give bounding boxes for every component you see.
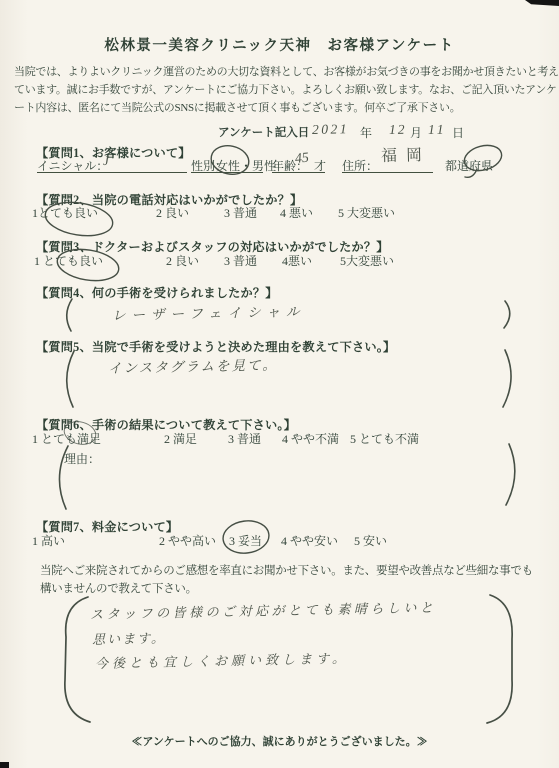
intro-line-2: ています。誠にお手数ですが、アンケートにご協力下さい。よろしくお願い致します。な… [14, 81, 557, 97]
feedback-bracket-right [487, 595, 512, 723]
feedback-answer-line-3: 今後とも宜しくお願い致します。 [95, 648, 349, 672]
q6-reason-label: 理由： [64, 450, 100, 467]
q7-option-1: 1 高い [32, 532, 65, 549]
footer-thanks: ≪アンケートへのご協力、誠にありがとうございました。≫ [0, 733, 559, 749]
date-day-value: 11 [428, 122, 447, 138]
date-day-unit: 日 [452, 124, 464, 141]
q1-prefecture-label: 都道府県 [445, 157, 493, 174]
feedback-prompt-line-2: 構いませんので教えて下さい。 [40, 580, 197, 596]
intro-line-1: 当院では、よりよいクリニック運営のための大切な資料として、お客様がお気づきの事を… [14, 63, 559, 79]
q3-option-3: 3 普通 [224, 252, 257, 269]
q7-option-5: 5 安い [354, 532, 387, 549]
q1-initial-underline [37, 172, 187, 173]
q7-option-4: 4 やや安い [281, 532, 338, 549]
feedback-prompt-line-1: 当院へご来院されてからのご感想を率直にお聞かせ下さい。また、要望や改善点など些細… [40, 562, 533, 578]
q6-option-4: 4 やや不満 [282, 430, 339, 447]
feedback-answer-line-2: 思います。 [92, 627, 166, 648]
intro-line-3: ート内容は、匿名にて当院公式のSNSに掲載させて頂く事もございます。何卒ご了承下… [14, 99, 460, 115]
q4-answer-bracket-left [67, 299, 72, 331]
q1-age-underline [272, 172, 325, 173]
q4-header: 【質問4、何の手術を受けられましたか？】 [36, 284, 278, 301]
q1-address-value: 福岡 [381, 142, 431, 166]
q3-option-1: 1 とても良い [34, 252, 103, 269]
q1-address-underline [342, 172, 433, 173]
feedback-bracket-left [65, 597, 90, 722]
q2-option-2: 2 良い [156, 204, 189, 221]
q7-option-3: 3 妥当 [229, 532, 262, 549]
q4-answer-bracket-right [504, 301, 510, 328]
date-month-value: 12 [389, 122, 407, 138]
feedback-answer-line-1: スタッフの皆様のご対応がとても素晴らしいと [90, 597, 437, 623]
q3-option-5: 5大変悪い [340, 252, 394, 269]
date-year-value: 2021 [312, 121, 349, 138]
q2-option-1: 1とても良い [32, 204, 98, 221]
q1-gender-underline [191, 172, 263, 173]
q1-age-value: 45 [294, 151, 310, 168]
q2-option-3: 3 普通 [224, 204, 257, 221]
survey-scan-page: 松林景一美容クリニック天神 お客様アンケート 当院では、よりよいクリニック運営の… [0, 0, 559, 768]
q4-answer-value: レーザーフェイシャル [112, 300, 306, 324]
q1-initial-value: J [103, 153, 109, 169]
page-title: 松林景一美容クリニック天神 お客様アンケート [0, 34, 559, 55]
q6-reason-bracket-right [506, 444, 515, 505]
q6-option-1: 1 とても満足 [32, 430, 101, 447]
q5-answer-bracket-left [67, 351, 74, 407]
q3-option-2: 2 良い [166, 252, 199, 269]
date-month-unit: 月 [410, 124, 422, 141]
q3-option-4: 4悪い [282, 252, 312, 269]
q5-answer-bracket-right [503, 350, 511, 407]
q6-option-2: 2 満足 [164, 430, 197, 447]
scan-artifact-top-right [525, 0, 559, 6]
q6-option-5: 5 とても不満 [350, 430, 419, 447]
date-label: アンケート記入日 [218, 124, 309, 140]
date-year-unit: 年 [360, 124, 372, 141]
q2-option-5: 5 大変悪い [338, 204, 395, 221]
q5-header: 【質問5、当院で手術を受けようと決めた理由を教えて下さい。】 [36, 338, 395, 355]
q7-option-2: 2 やや高い [159, 532, 216, 549]
scan-artifact-bottom-left [0, 762, 9, 768]
q2-option-4: 4 悪い [280, 204, 313, 221]
q6-option-3: 3 普通 [228, 430, 261, 447]
q5-answer-value: インスタグラムを見て。 [108, 353, 278, 377]
